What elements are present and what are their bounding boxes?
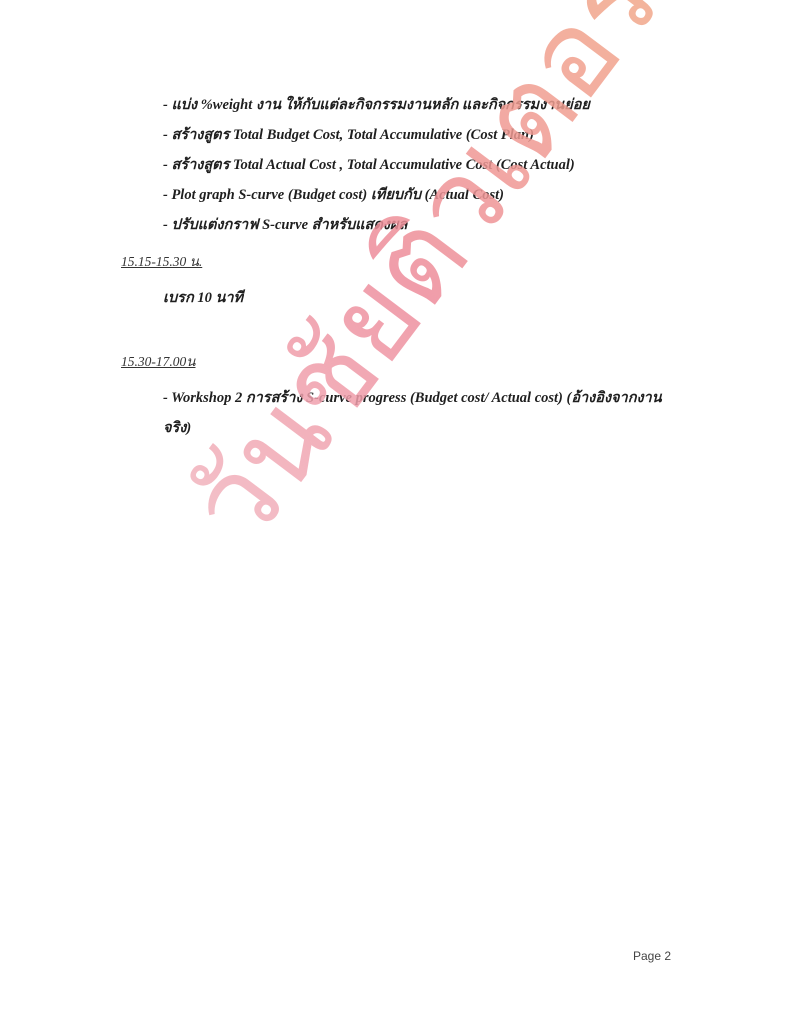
bullet-plot-s-curve: - Plot graph S-curve (Budget cost) เทียบ…	[163, 183, 504, 206]
page-number: Page 2	[633, 949, 671, 963]
break-text: เบรก 10 นาที	[163, 286, 243, 309]
time-slot-workshop: 15.30-17.00น	[121, 350, 195, 372]
bullet-budget-cost-formula: - สร้างสูตร Total Budget Cost, Total Acc…	[163, 123, 534, 146]
bullet-actual-cost-formula: - สร้างสูตร Total Actual Cost , Total Ac…	[163, 153, 575, 176]
document-page: - แบ่ง %weight งาน ให้กับแต่ละกิจกรรมงาน…	[0, 0, 791, 1024]
bullet-adjust-s-curve: - ปรับแต่งกราฟ S-curve สำหรับแสดงผล	[163, 213, 407, 236]
workshop-line-2: จริง)	[163, 416, 191, 439]
time-slot-break: 15.15-15.30 น.	[121, 250, 202, 272]
workshop-line-1: - Workshop 2 การสร้าง S-curve progress (…	[163, 386, 662, 409]
bullet-weight-allocation: - แบ่ง %weight งาน ให้กับแต่ละกิจกรรมงาน…	[163, 93, 590, 116]
